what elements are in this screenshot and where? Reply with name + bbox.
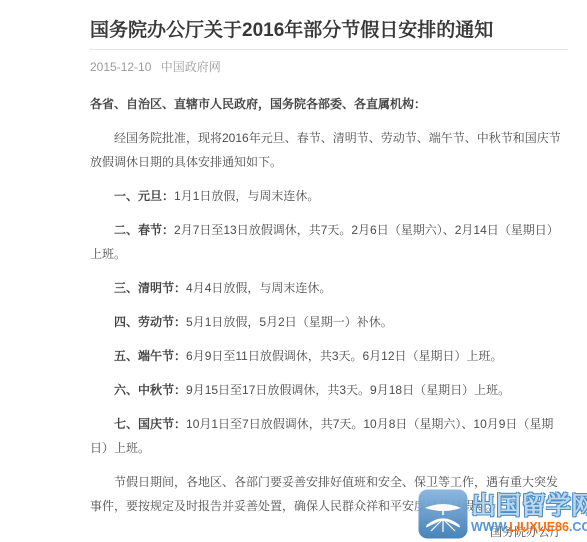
site-url: WWW.LIUXUE86.COM	[471, 521, 587, 534]
holiday-name: 五、端午节：	[114, 349, 186, 363]
holiday-detail: 5月1日放假，5月2日（星期一）补休。	[186, 315, 393, 329]
holiday-item: 一、元旦：1月1日放假，与周末连休。	[90, 184, 568, 208]
greeting-line: 各省、自治区、直辖市人民政府，国务院各部委、各直属机构：	[90, 92, 568, 116]
holiday-name: 一、元旦：	[114, 189, 174, 203]
site-name: 出国留学网	[471, 494, 587, 519]
holiday-detail: 1月1日放假，与周末连休。	[174, 189, 319, 203]
notice-article: 国务院办公厅关于2016年部分节假日安排的通知 2015-12-10 中国政府网…	[90, 0, 568, 542]
holiday-name: 六、中秋节：	[114, 383, 186, 397]
notice-page: 国务院办公厅关于2016年部分节假日安排的通知 2015-12-10 中国政府网…	[0, 0, 587, 542]
article-meta: 2015-12-10 中国政府网	[90, 58, 568, 75]
holiday-name: 七、国庆节：	[114, 417, 186, 431]
watermark-text: 出国留学网 WWW.LIUXUE86.COM	[471, 494, 587, 534]
holiday-item: 七、国庆节：10月1日至7日放假调休，共7天。10月8日（星期六）、10月9日（…	[90, 412, 568, 460]
holiday-item: 二、春节：2月7日至13日放假调休，共7天。2月6日（星期六）、2月14日（星期…	[90, 218, 568, 266]
intro-paragraph: 经国务院批准，现将2016年元旦、春节、清明节、劳动节、端午节、中秋节和国庆节放…	[90, 126, 568, 174]
holiday-name: 二、春节：	[114, 223, 174, 237]
page-title: 国务院办公厅关于2016年部分节假日安排的通知	[90, 19, 568, 50]
holiday-detail: 4月4日放假，与周末连休。	[186, 281, 331, 295]
site-watermark: 出国留学网 WWW.LIUXUE86.COM	[418, 487, 586, 540]
holiday-item: 四、劳动节：5月1日放假，5月2日（星期一）补休。	[90, 310, 568, 334]
holiday-detail: 9月15日至17日放假调休，共3天。9月18日（星期日）上班。	[186, 383, 510, 397]
url-domain: LIUXUE86	[509, 520, 569, 534]
holiday-item: 六、中秋节：9月15日至17日放假调休，共3天。9月18日（星期日）上班。	[90, 378, 568, 402]
holiday-item: 三、清明节：4月4日放假，与周末连休。	[90, 276, 568, 300]
holiday-name: 四、劳动节：	[114, 315, 186, 329]
url-tld: .COM	[569, 520, 587, 534]
publish-date: 2015-12-10	[90, 60, 151, 74]
holiday-detail: 6月9日至11日放假调休，共3天。6月12日（星期日）上班。	[186, 349, 503, 363]
liuxue-logo-icon	[418, 489, 468, 539]
holiday-item: 五、端午节：6月9日至11日放假调休，共3天。6月12日（星期日）上班。	[90, 344, 568, 368]
source-name: 中国政府网	[161, 60, 221, 74]
holiday-name: 三、清明节：	[114, 281, 186, 295]
url-www: WWW.	[471, 520, 509, 534]
